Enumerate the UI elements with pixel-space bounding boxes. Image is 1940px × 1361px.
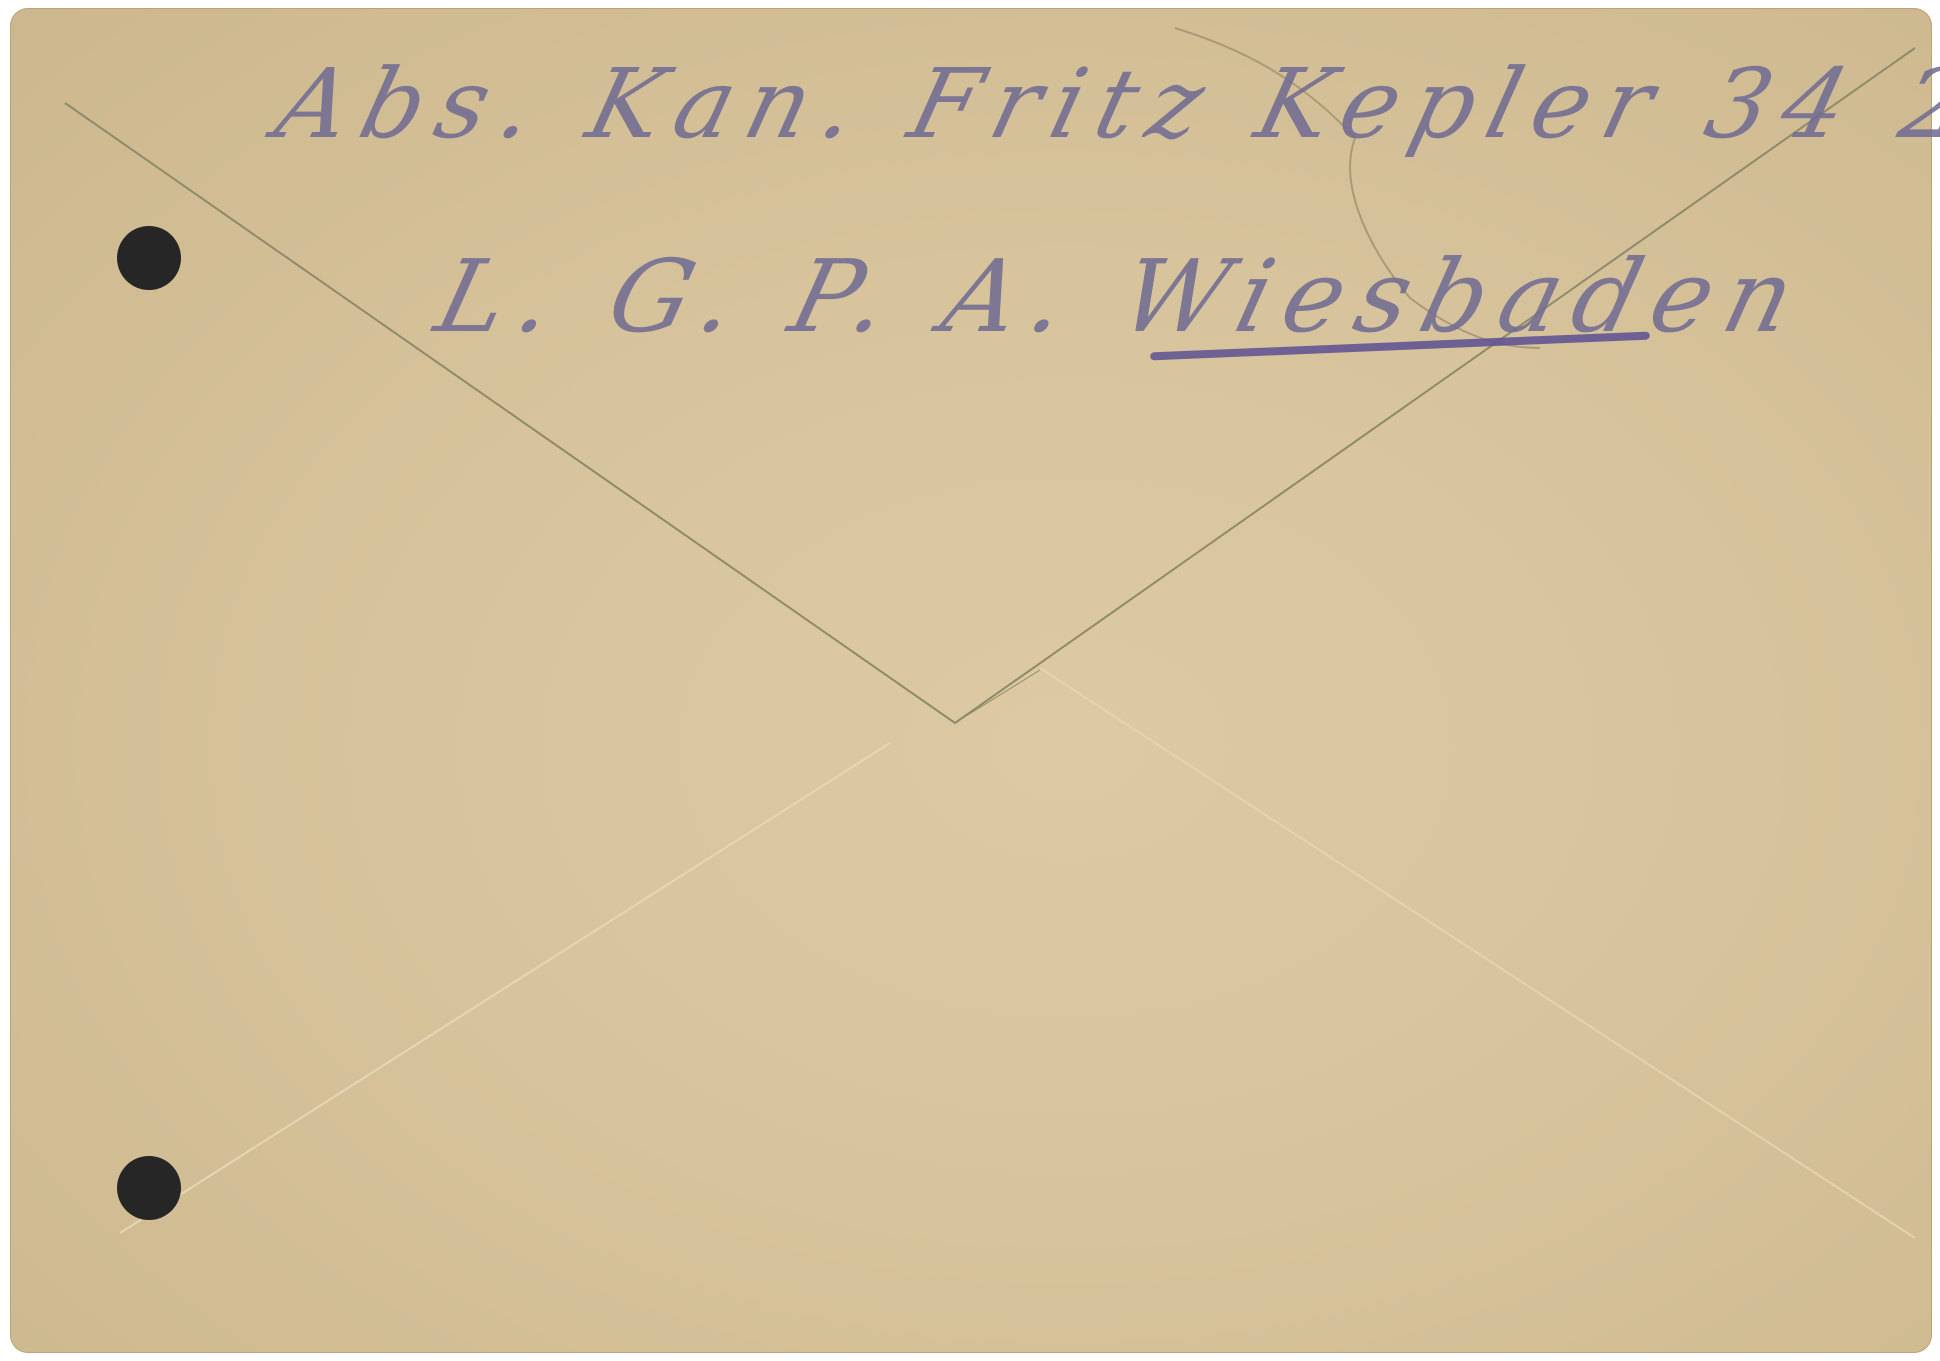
envelope-flap-lines bbox=[10, 8, 1932, 1353]
punch-hole-bottom bbox=[117, 1156, 181, 1220]
punch-hole-top bbox=[117, 226, 181, 290]
envelope-back: Abs. Kan. Fritz Kepler 34 2 81 L. G. P. … bbox=[10, 8, 1932, 1353]
handwritten-sender-line: Abs. Kan. Fritz Kepler 34 2 81 bbox=[266, 48, 1940, 160]
